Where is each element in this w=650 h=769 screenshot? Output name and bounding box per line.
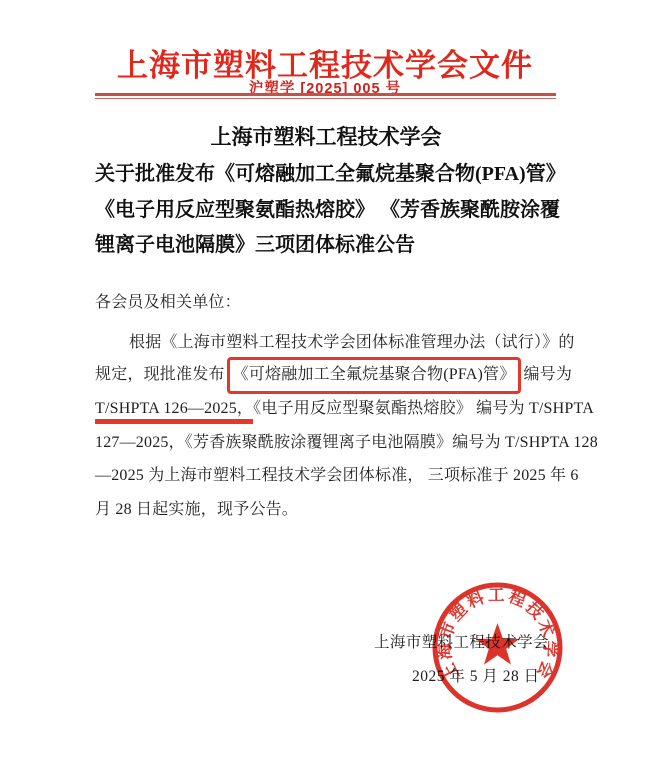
subject-line-3: 锂离子电池隔膜》三项团体标准公告 [95, 228, 557, 257]
body-line-2: 规定，现批准发布《可熔融加工全氟烷基聚合物(PFA)管》编号为 [95, 361, 572, 384]
signature-date: 2025 年 5 月 28 日 [412, 664, 540, 686]
body-line-2-suffix: 编号为 [523, 366, 572, 383]
body-line-5: —2025 为上海市塑料工程技术学会团体标准， 三项标准于 2025 年 6 [95, 462, 579, 485]
subject-line-2: 《电子用反应型聚氨酯热熔胶》 《芳香族聚酰胺涂覆 [95, 193, 557, 222]
body-line-3-rest: 《电子用反应型聚氨酯热熔胶》 编号为 T/SHPTA [253, 400, 594, 417]
boxed-standard-name: 《可熔融加工全氟烷基聚合物(PFA)管》 [227, 357, 522, 394]
body-line-4: 127—2025，《芳香族聚酰胺涂覆锂离子电池隔膜》编号为 T/SHPTA 12… [95, 429, 598, 452]
official-document-page: 上海市塑料工程技术学会文件 沪塑学 [2025] 005 号 上海市塑料工程技术… [0, 0, 650, 769]
subject-line-1: 关于批准发布《可熔融加工全氟烷基聚合物(PFA)管》 [95, 157, 557, 186]
body-line-6: 月 28 日起实施，现予公告。 [95, 496, 298, 519]
body-line-1: 根据《上海市塑料工程技术学会团体标准管理办法（试行）》的 [95, 329, 575, 352]
salutation: 各会员及相关单位： [95, 289, 241, 312]
underlined-standard-code: T/SHPTA 126—2025， [95, 400, 253, 424]
letterhead-rule-thin [95, 98, 556, 99]
body-line-3: T/SHPTA 126—2025，《电子用反应型聚氨酯热熔胶》 编号为 T/SH… [95, 395, 594, 418]
letterhead-rule-thick [95, 93, 556, 96]
issuing-org-name: 上海市塑料工程技术学会 [95, 121, 557, 151]
signature-org: 上海市塑料工程技术学会 [374, 630, 549, 652]
body-line-2-prefix: 规定，现批准发布 [95, 366, 225, 383]
